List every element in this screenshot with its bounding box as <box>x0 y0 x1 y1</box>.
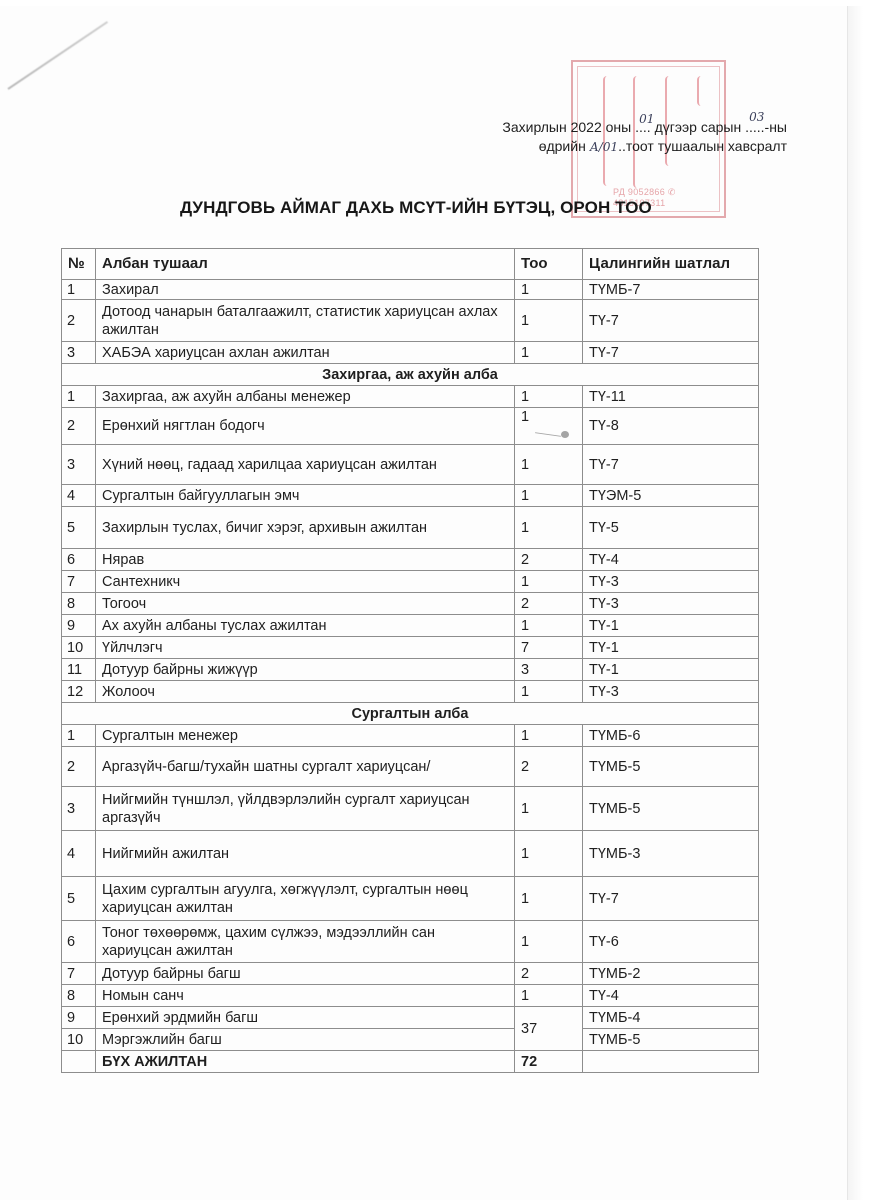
salary-grade: ТҮ-4 <box>583 985 759 1007</box>
position-title: Аргазүйч-багш/тухайн шатны сургалт хариу… <box>96 747 515 787</box>
handwritten-day: 03 <box>749 108 764 127</box>
row-number: 2 <box>62 408 96 445</box>
row-number: 6 <box>62 921 96 963</box>
position-title: Сургалтын байгууллагын эмч <box>96 485 515 507</box>
position-count: 1 <box>515 725 583 747</box>
note-text: Захирлын 2022 оны <box>502 119 631 135</box>
salary-grade: ТҮЭМ-5 <box>583 485 759 507</box>
salary-grade: ТҮ-8 <box>583 408 759 445</box>
column-header-count: Тоо <box>515 249 583 280</box>
position-title: Жолооч <box>96 681 515 703</box>
salary-grade: ТҮ-7 <box>583 445 759 485</box>
table-row: 8Тогооч2ТҮ-3 <box>62 593 759 615</box>
table-row: 8Номын санч1ТҮ-4 <box>62 985 759 1007</box>
salary-grade: ТҮ-7 <box>583 342 759 364</box>
ink-smudge-mark <box>535 431 571 439</box>
order-note-line-2: өдрийн А/01..тоот тушаалын хавсралт <box>502 137 787 157</box>
position-title: Хүний нөөц, гадаад харилцаа хариуцсан аж… <box>96 445 515 485</box>
position-title: Ерөнхий эрдмийн багш <box>96 1007 515 1029</box>
row-number: 12 <box>62 681 96 703</box>
position-count: 1 <box>515 681 583 703</box>
salary-grade: ТҮ-4 <box>583 549 759 571</box>
column-header-salary-grade: Цалингийн шатлал <box>583 249 759 280</box>
position-title: Сургалтын менежер <box>96 725 515 747</box>
total-empty-cell <box>62 1051 96 1073</box>
note-text: ..тоот тушаалын хавсралт <box>618 138 787 154</box>
position-count: 2 <box>515 593 583 615</box>
position-count: 1 <box>515 507 583 549</box>
section-title: Сургалтын алба <box>62 703 759 725</box>
row-number: 1 <box>62 386 96 408</box>
table-row: 12Жолооч1ТҮ-3 <box>62 681 759 703</box>
note-text: -ны <box>765 119 787 135</box>
salary-grade: ТҮМБ-2 <box>583 963 759 985</box>
scan-top-margin <box>0 0 872 6</box>
total-empty-cell <box>583 1051 759 1073</box>
scan-page-edge <box>847 6 872 1200</box>
table-row: 1Захиргаа, аж ахуйн албаны менежер1ТҮ-11 <box>62 386 759 408</box>
position-title: Захирал <box>96 280 515 300</box>
note-text: дүгээр сарын <box>655 119 742 135</box>
handwritten-month: 01 <box>639 110 654 129</box>
position-count: 1 <box>515 787 583 831</box>
position-count: 1 <box>515 342 583 364</box>
salary-grade: ТҮ-7 <box>583 877 759 921</box>
salary-grade: ТҮ-3 <box>583 681 759 703</box>
row-number: 7 <box>62 571 96 593</box>
position-title: Захиргаа, аж ахуйн албаны менежер <box>96 386 515 408</box>
table-row: 5Захирлын туслах, бичиг хэрэг, архивын а… <box>62 507 759 549</box>
salary-grade: ТҮМБ-5 <box>583 1029 759 1051</box>
row-number: 6 <box>62 549 96 571</box>
position-count: 1 <box>515 571 583 593</box>
position-count: 1 <box>515 445 583 485</box>
table-header-row: № Албан тушаал Тоо Цалингийн шатлал <box>62 249 759 280</box>
row-number: 1 <box>62 280 96 300</box>
position-title: Захирлын туслах, бичиг хэрэг, архивын аж… <box>96 507 515 549</box>
position-title: Дотоод чанарын баталгаажилт, статистик х… <box>96 300 515 342</box>
order-note-line-1: Захирлын 2022 оны 01 .... дүгээр сарын 0… <box>502 118 787 137</box>
position-count: 37 <box>515 1007 583 1051</box>
stamp-script-column <box>697 76 707 106</box>
table-row: 3ХАБЭА хариуцсан ахлан ажилтан1ТҮ-7 <box>62 342 759 364</box>
salary-grade: ТҮ-7 <box>583 300 759 342</box>
position-count: 1 <box>515 485 583 507</box>
table-row: 2Ерөнхий нягтлан бодогч1ТҮ-8 <box>62 408 759 445</box>
position-count: 3 <box>515 659 583 681</box>
position-count: 2 <box>515 963 583 985</box>
section-header-row: Захиргаа, аж ахуйн алба <box>62 364 759 386</box>
position-count: 1 <box>515 280 583 300</box>
salary-grade: ТҮ-3 <box>583 593 759 615</box>
row-number: 2 <box>62 747 96 787</box>
row-number: 5 <box>62 507 96 549</box>
position-count: 1 <box>515 300 583 342</box>
position-title: Ерөнхий нягтлан бодогч <box>96 408 515 445</box>
table-row: 2Дотоод чанарын баталгаажилт, статистик … <box>62 300 759 342</box>
position-title: Ах ахуйн албаны туслах ажилтан <box>96 615 515 637</box>
position-count: 1 <box>515 921 583 963</box>
position-title: Нярав <box>96 549 515 571</box>
table-row: 10Үйлчлэгч7ТҮ-1 <box>62 637 759 659</box>
row-number: 2 <box>62 300 96 342</box>
salary-grade: ТҮМБ-6 <box>583 725 759 747</box>
table-row: 5Цахим сургалтын агуулга, хөгжүүлэлт, су… <box>62 877 759 921</box>
order-attachment-note: Захирлын 2022 оны 01 .... дүгээр сарын 0… <box>502 118 787 157</box>
position-title: Дотуур байрны жижүүр <box>96 659 515 681</box>
staff-structure-table: № Албан тушаал Тоо Цалингийн шатлал 1Зах… <box>61 248 759 1073</box>
salary-grade: ТҮМБ-7 <box>583 280 759 300</box>
table-row: 6Тоног төхөөрөмж, цахим сүлжээ, мэдээлли… <box>62 921 759 963</box>
position-title: Мэргэжлийн багш <box>96 1029 515 1051</box>
row-number: 8 <box>62 985 96 1007</box>
position-count: 1 <box>515 985 583 1007</box>
table-row: 6Нярав2ТҮ-4 <box>62 549 759 571</box>
table-row: 1Сургалтын менежер1ТҮМБ-6 <box>62 725 759 747</box>
row-number: 7 <box>62 963 96 985</box>
column-header-position: Албан тушаал <box>96 249 515 280</box>
column-header-number: № <box>62 249 96 280</box>
table-row: 9Ерөнхий эрдмийн багш37ТҮМБ-4 <box>62 1007 759 1029</box>
position-count: 7 <box>515 637 583 659</box>
salary-grade: ТҮ-1 <box>583 637 759 659</box>
position-count: 1 <box>515 831 583 877</box>
position-title: Дотуур байрны багш <box>96 963 515 985</box>
position-title: Номын санч <box>96 985 515 1007</box>
table-row: 9Ах ахуйн албаны туслах ажилтан1ТҮ-1 <box>62 615 759 637</box>
handwritten-order-number: А/01 <box>590 140 618 154</box>
row-number: 10 <box>62 637 96 659</box>
salary-grade: ТҮМБ-4 <box>583 1007 759 1029</box>
document-title: ДУНДГОВЬ АЙМАГ ДАХЬ МСҮТ-ИЙН БҮТЭЦ, ОРОН… <box>180 198 652 218</box>
position-title: Цахим сургалтын агуулга, хөгжүүлэлт, сур… <box>96 877 515 921</box>
salary-grade: ТҮ-5 <box>583 507 759 549</box>
row-number: 4 <box>62 831 96 877</box>
salary-grade: ТҮ-3 <box>583 571 759 593</box>
total-label: БҮХ АЖИЛТАН <box>96 1051 515 1073</box>
table-row: 10Мэргэжлийн багшТҮМБ-5 <box>62 1029 759 1051</box>
row-number: 8 <box>62 593 96 615</box>
salary-grade: ТҮМБ-3 <box>583 831 759 877</box>
position-count: 1 <box>515 877 583 921</box>
table-row: 7Сантехникч1ТҮ-3 <box>62 571 759 593</box>
table-row: 7Дотуур байрны багш2ТҮМБ-2 <box>62 963 759 985</box>
table-row: 2Аргазүйч-багш/тухайн шатны сургалт хари… <box>62 747 759 787</box>
position-count: 1 <box>515 386 583 408</box>
row-number: 3 <box>62 445 96 485</box>
row-number: 4 <box>62 485 96 507</box>
position-title: Сантехникч <box>96 571 515 593</box>
salary-grade: ТҮ-6 <box>583 921 759 963</box>
row-number: 10 <box>62 1029 96 1051</box>
section-title: Захиргаа, аж ахуйн алба <box>62 364 759 386</box>
table-row: 4Нийгмийн ажилтан1ТҮМБ-3 <box>62 831 759 877</box>
position-count: 2 <box>515 747 583 787</box>
position-title: Нийгмийн ажилтан <box>96 831 515 877</box>
position-title: Үйлчлэгч <box>96 637 515 659</box>
table-row: 3Нийгмийн түншлэл, үйлдвэрлэлийн сургалт… <box>62 787 759 831</box>
section-header-row: Сургалтын алба <box>62 703 759 725</box>
note-text: өдрийн <box>539 138 586 154</box>
salary-grade: ТҮМБ-5 <box>583 747 759 787</box>
position-title: ХАБЭА хариуцсан ахлан ажилтан <box>96 342 515 364</box>
position-count: 1 <box>515 615 583 637</box>
position-title: Нийгмийн түншлэл, үйлдвэрлэлийн сургалт … <box>96 787 515 831</box>
row-number: 3 <box>62 787 96 831</box>
row-number: 5 <box>62 877 96 921</box>
position-count: 2 <box>515 549 583 571</box>
row-number: 9 <box>62 1007 96 1029</box>
position-count: 1 <box>515 408 583 445</box>
table-row: 11Дотуур байрны жижүүр3ТҮ-1 <box>62 659 759 681</box>
position-title: Тогооч <box>96 593 515 615</box>
row-number: 9 <box>62 615 96 637</box>
salary-grade: ТҮ-1 <box>583 659 759 681</box>
table-row: 4Сургалтын байгууллагын эмч1ТҮЭМ-5 <box>62 485 759 507</box>
page-fold-mark <box>7 21 108 90</box>
table-row: 1Захирал1ТҮМБ-7 <box>62 280 759 300</box>
row-number: 1 <box>62 725 96 747</box>
row-number: 11 <box>62 659 96 681</box>
salary-grade: ТҮ-11 <box>583 386 759 408</box>
salary-grade: ТҮ-1 <box>583 615 759 637</box>
salary-grade: ТҮМБ-5 <box>583 787 759 831</box>
total-row: БҮХ АЖИЛТАН72 <box>62 1051 759 1073</box>
row-number: 3 <box>62 342 96 364</box>
total-count: 72 <box>515 1051 583 1073</box>
table-row: 3Хүний нөөц, гадаад харилцаа хариуцсан а… <box>62 445 759 485</box>
position-title: Тоног төхөөрөмж, цахим сүлжээ, мэдээллий… <box>96 921 515 963</box>
